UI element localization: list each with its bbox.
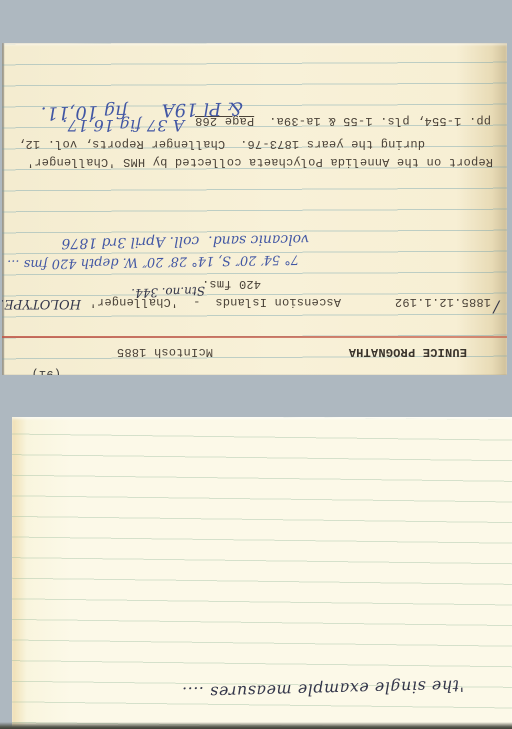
pagination-text: pp. 1-554, pls. 1-55 & 1a-39a.: [254, 114, 491, 128]
scanner-edge-shadow: [0, 722, 512, 729]
registration-number: 1885.12.1.192: [395, 295, 491, 309]
reference-citation-line2: during the years 1873-76. Challenger Rep…: [18, 137, 425, 151]
rotated-card-content: EUNICE PROGNATHA McIntosh 1885 (91) / 18…: [2, 43, 507, 375]
rotated-card-content: 'the single example measures ....: [12, 417, 512, 729]
station-number-annotation: Stn.no. 344.: [131, 284, 205, 301]
depth-value: 420 fms.: [202, 277, 261, 291]
locality-expedition: Ascension Islands - 'Challenger': [89, 295, 341, 309]
specimen-card-reverse: 'the single example measures ....: [12, 417, 512, 729]
scanned-document: EUNICE PROGNATHA McIntosh 1885 (91) / 18…: [0, 0, 512, 729]
taxon-author: McIntosh 1885: [117, 345, 213, 359]
coordinates-annotation: 7° 54′ 20″ S, 14° 28′ 20″ W. depth 420 f…: [7, 251, 299, 271]
registration-check-mark: /: [494, 298, 499, 317]
corner-number: (91): [31, 367, 61, 375]
specimen-card-front: EUNICE PROGNATHA McIntosh 1885 (91) / 18…: [2, 43, 507, 375]
collection-data-annotation: volcanic sand. coll. April 3rd 1876: [61, 231, 309, 251]
reference-citation-line1: Report on the Annelida Polychaeta collec…: [27, 155, 493, 169]
handwritten-measurement-note: 'the single example measures ....: [181, 676, 464, 702]
type-status-annotation: HOLOTYPE.: [2, 296, 81, 311]
species-name: EUNICE PROGNATHA: [349, 345, 467, 359]
